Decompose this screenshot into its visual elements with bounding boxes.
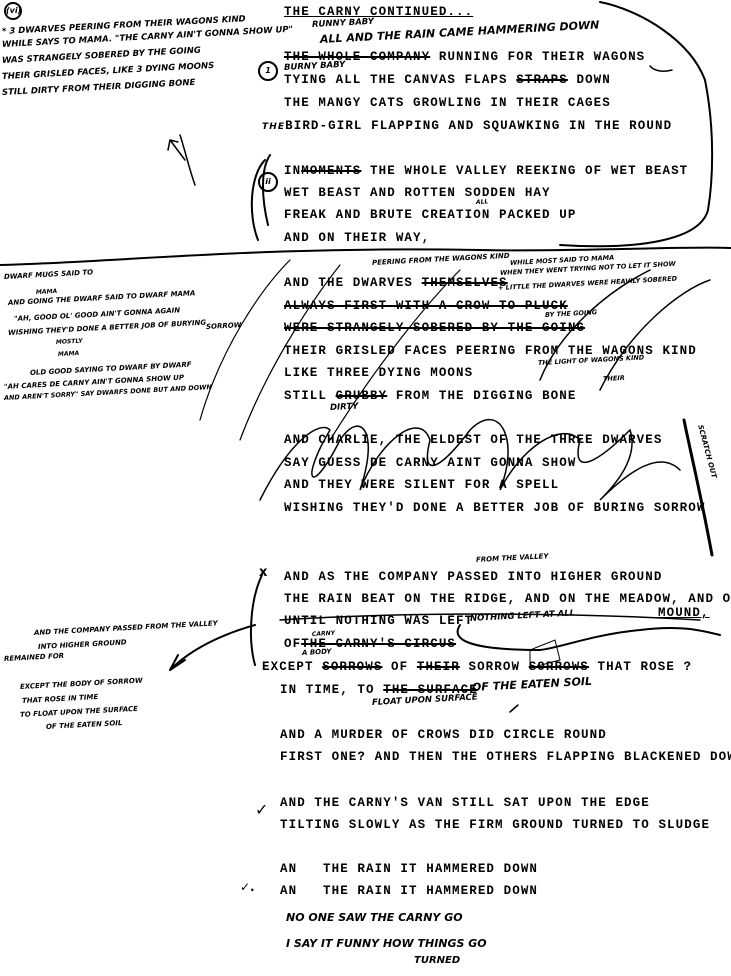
- v5-left-note-7: OF THE EATEN SOIL: [46, 718, 123, 732]
- v5-left-note-5: THAT ROSE IN TIME: [22, 692, 99, 706]
- verse7-line-1: AND THE CARNY'S VAN STILL SAT UPON THE E…: [280, 796, 650, 810]
- small-insert-body: A BODY: [302, 646, 332, 658]
- left-note-1: DWARF MUGS SAID TO: [4, 267, 94, 282]
- line-text: STILL: [284, 389, 327, 403]
- line-text: IN: [284, 164, 301, 178]
- insert-all: ALL: [476, 197, 489, 208]
- verse3-line-6: STILL GRUBBY FROM THE DIGGING BONE: [284, 389, 576, 403]
- verse8-line-1: AN THE RAIN IT HAMMERED DOWN: [280, 862, 538, 876]
- checkmark-icon-2: ✓.: [240, 880, 255, 894]
- page-title: THE CARNY CONTINUED...: [284, 5, 473, 19]
- verse4-line-3: AND THEY WERE SILENT FOR A SPELL: [284, 478, 559, 492]
- struck-text: GRUBBY: [336, 389, 388, 403]
- line-text: BIRD-GIRL FLAPPING AND SQUAWKING IN THE …: [285, 119, 672, 133]
- v5-left-note-1: AND THE COMPANY PASSED FROM THE VALLEY: [34, 618, 218, 638]
- insert-eaten-soil: OF THE EATEN SOIL: [472, 676, 593, 694]
- verse1-line-4: THEBIRD-GIRL FLAPPING AND SQUAWKING IN T…: [262, 119, 672, 133]
- verse1-line-3: THE MANGY CATS GROWLING IN THEIR CAGES: [284, 96, 611, 110]
- struck-text: STRAPS: [516, 73, 568, 87]
- struck-text: SORROWS: [529, 660, 589, 674]
- ending-note-1: NO ONE SAW THE CARNY GO: [286, 912, 463, 924]
- right-note-6: THEIR: [603, 373, 625, 384]
- struck-text: SORROWS: [322, 660, 382, 674]
- ending-note-2: I SAY IT FUNNY HOW THINGS GO: [286, 938, 487, 950]
- verse7-line-2: TILTING SLOWLY AS THE FIRM GROUND TURNED…: [280, 818, 710, 832]
- line-text-after: DOWN: [576, 73, 610, 87]
- verse5-line-5: EXCEPT SORROWS OF THEIR SORROW SORROWS T…: [262, 660, 692, 674]
- verse4-line-1: AND CHARLIE, THE ELDEST OF THE THREE DWA…: [284, 433, 662, 447]
- insert-small-2: BURNY BABY: [284, 60, 346, 73]
- line-text-after: THE WHOLE VALLEY REEKING OF WET BEAST: [370, 164, 688, 178]
- v5-left-note-3: REMAINED FOR: [4, 651, 65, 664]
- line-text: OF: [284, 637, 301, 651]
- line-prefix: THE: [262, 122, 285, 132]
- line-text: UNTIL NOTHING WAS LEFT: [284, 614, 473, 628]
- struck-text: THEIR: [417, 660, 460, 674]
- verse5-line-3: UNTIL NOTHING WAS LEFT: [284, 614, 473, 628]
- verse3-line-3: WERE STRANGELY SOBERED BY THE GOING: [284, 321, 585, 335]
- mound-word: MOUND,: [658, 606, 710, 620]
- verse2-line-1: INMOMENTS THE WHOLE VALLEY REEKING OF WE…: [284, 164, 688, 178]
- verse8-line-2: AN THE RAIN IT HAMMERED DOWN: [280, 884, 538, 898]
- checkmark-icon: ✓: [255, 800, 268, 819]
- manuscript-page: (vi) THE CARNY CONTINUED... * 3 DWARVES …: [0, 0, 731, 976]
- verse4-line-4: WISHING THEY'D DONE A BETTER JOB OF BURI…: [284, 501, 705, 515]
- page-number-mark: (vi): [4, 2, 22, 20]
- left-note-7: MOSTLY: [56, 337, 83, 348]
- verse2-line-3: FREAK AND BRUTE CREATION PACKED UP: [284, 208, 576, 222]
- left-note-6: SORROW: [206, 320, 242, 332]
- verse3-line-5: LIKE THREE DYING MOONS: [284, 366, 473, 380]
- circle-marker-2: ii: [258, 172, 278, 192]
- v5-left-note-4: EXCEPT THE BODY OF SORROW: [20, 676, 143, 692]
- line-text-after: OF: [391, 660, 408, 674]
- verse1-line-2: TYING ALL THE CANVAS FLAPS STRAPS DOWN: [284, 73, 611, 87]
- verse5-line-1: AND AS THE COMPANY PASSED INTO HIGHER GR…: [284, 570, 662, 584]
- verse5-line-2: THE RAIN BEAT ON THE RIDGE, AND ON THE M…: [284, 592, 731, 606]
- verse4-line-2: SAY GUESS DE CARNY AINT GONNA SHOW: [284, 456, 576, 470]
- margin-scratch-note: SCRATCH OUT: [695, 424, 719, 480]
- line-text: IN TIME, TO: [280, 683, 375, 697]
- verse2-line-4: AND ON THEIR WAY,: [284, 231, 430, 245]
- verse3-line-1: AND THE DWARVES THEMSELVES: [284, 276, 508, 290]
- verse2-line-2: WET BEAST AND ROTTEN SODDEN HAY: [284, 186, 551, 200]
- top-left-note-5: STILL DIRTY FROM THEIR DIGGING BONE: [2, 78, 196, 98]
- line-text-after: SORROW: [468, 660, 520, 674]
- insert-small: RUNNY BABY: [312, 17, 374, 30]
- verse6-line-1: AND A MURDER OF CROWS DID CIRCLE ROUND: [280, 728, 607, 742]
- ending-note-3: TURNED: [414, 956, 460, 966]
- verse6-line-2: FIRST ONE? AND THEN THE OTHERS FLAPPING …: [280, 750, 731, 764]
- left-note-8: MAMA: [58, 349, 80, 360]
- insert-dirty: DIRTY: [330, 402, 359, 413]
- line-text: TYING ALL THE CANVAS FLAPS: [284, 73, 508, 87]
- insert-nothing-left: NOTHING LEFT AT ALL: [470, 609, 576, 624]
- insert-from-valley: FROM THE VALLEY: [476, 551, 549, 565]
- v5-left-note-2: INTO HIGHER GROUND: [38, 637, 127, 652]
- circle-marker-1: 1: [258, 61, 278, 81]
- insert-above-verse3: PEERING FROM THE WAGONS KIND: [372, 251, 510, 268]
- x-mark: x: [259, 565, 267, 580]
- line-text: RUNNING FOR THEIR WAGONS: [439, 50, 645, 64]
- line-text-after: THAT ROSE ?: [598, 660, 693, 674]
- struck-text: MOMENTS: [301, 164, 361, 178]
- verse3-line-2: ALWAYS FIRST WITH A CROW TO PLUCK: [284, 299, 568, 313]
- struck-text: THEMSELVES: [422, 276, 508, 290]
- line-text-after: FROM THE DIGGING BONE: [396, 389, 577, 403]
- line-text: EXCEPT: [262, 660, 314, 674]
- right-note-4: BY THE GOING: [545, 307, 598, 320]
- line-text: AND THE DWARVES: [284, 276, 413, 290]
